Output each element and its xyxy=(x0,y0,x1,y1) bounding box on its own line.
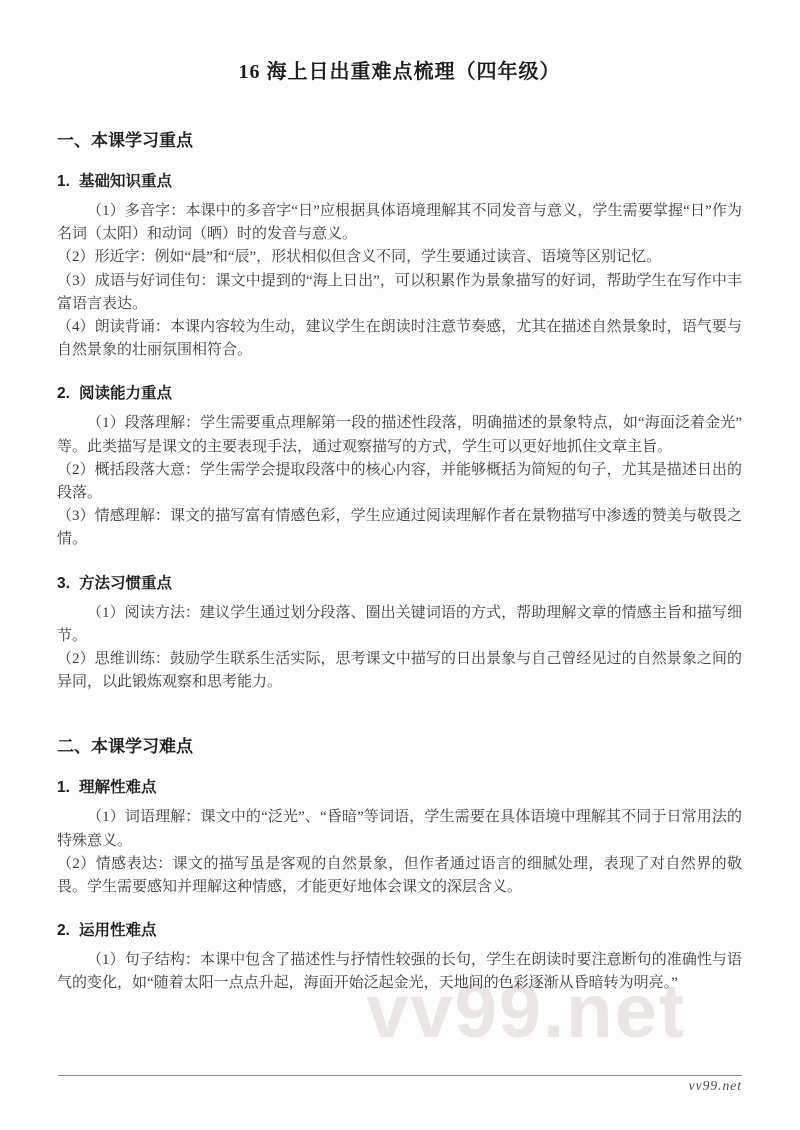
footer-site-text: vv99.net xyxy=(58,1076,742,1094)
section-study-focus: 一、本课学习重点 1.基础知识重点 （1）多音字：本课中的多音字“日”应根据具体… xyxy=(57,130,742,694)
document-content: 16 海上日出重难点梳理（四年级） 一、本课学习重点 1.基础知识重点 （1）多… xyxy=(0,0,800,996)
subsection-number: 1. xyxy=(57,172,70,192)
section-heading: 一、本课学习重点 xyxy=(57,130,742,152)
subsection-title: 基础知识重点 xyxy=(79,173,172,190)
page-footer: vv99.net xyxy=(58,1075,742,1094)
subsection-title: 理解性难点 xyxy=(79,779,157,796)
content-paragraph: （2）形近字：例如“晨”和“辰”，形状相似但含义不同，学生要通过读音、语境等区别… xyxy=(57,246,742,269)
subsection-heading: 2.运用性难点 xyxy=(57,921,742,941)
subsection-number: 2. xyxy=(57,384,70,404)
content-paragraph: （2）概括段落大意：学生需学会提取段落中的核心内容，并能够概括为简短的句子，尤其… xyxy=(57,459,742,505)
subsection-heading: 1.基础知识重点 xyxy=(57,172,742,192)
subsection-number: 2. xyxy=(57,921,70,941)
content-paragraph: （2）情感表达：课文的描写虽是客观的自然景象，但作者通过语言的细腻处理，表现了对… xyxy=(57,853,742,899)
section-heading: 二、本课学习难点 xyxy=(57,736,742,758)
content-paragraph: （1）词语理解：课文中的“泛光”、“昏暗”等词语，学生需要在具体语境中理解其不同… xyxy=(57,806,742,852)
document-title: 16 海上日出重难点梳理（四年级） xyxy=(57,55,742,84)
subsection-number: 3. xyxy=(57,574,70,594)
content-paragraph: （2）思维训练：鼓励学生联系生活实际，思考课文中描写的日出景象与自己曾经见过的自… xyxy=(57,648,742,694)
content-paragraph: （1）阅读方法：建议学生通过划分段落、圈出关键词语的方式，帮助理解文章的情感主旨… xyxy=(57,602,742,648)
subsection-title: 运用性难点 xyxy=(79,922,157,939)
subsection-title: 阅读能力重点 xyxy=(79,385,172,402)
content-paragraph: （1）段落理解：学生需要重点理解第一段的描述性段落，明确描述的景象特点，如“海面… xyxy=(57,412,742,458)
subsection-heading: 1.理解性难点 xyxy=(57,778,742,798)
subsection-number: 1. xyxy=(57,778,70,798)
subsection-title: 方法习惯重点 xyxy=(79,575,172,592)
content-paragraph: （1）多音字：本课中的多音字“日”应根据具体语境理解其不同发音与意义，学生需要掌… xyxy=(57,200,742,246)
content-paragraph: （3）成语与好词佳句：课文中提到的“海上日出”，可以积累作为景象描写的好词，帮助… xyxy=(57,270,742,316)
subsection-heading: 3.方法习惯重点 xyxy=(57,574,742,594)
section-study-difficulty: 二、本课学习难点 1.理解性难点 （1）词语理解：课文中的“泛光”、“昏暗”等词… xyxy=(57,736,742,995)
subsection-heading: 2.阅读能力重点 xyxy=(57,384,742,404)
document-page: vv99.net 16 海上日出重难点梳理（四年级） 一、本课学习重点 1.基础… xyxy=(0,0,800,1130)
content-paragraph: （3）情感理解：课文的描写富有情感色彩，学生应通过阅读理解作者在景物描写中渗透的… xyxy=(57,505,742,551)
content-paragraph: （4）朗读背诵：本课内容较为生动，建议学生在朗读时注意节奏感，尤其在描述自然景象… xyxy=(57,316,742,362)
content-paragraph: （1）句子结构：本课中包含了描述性与抒情性较强的长句，学生在朗读时要注意断句的准… xyxy=(57,949,742,995)
